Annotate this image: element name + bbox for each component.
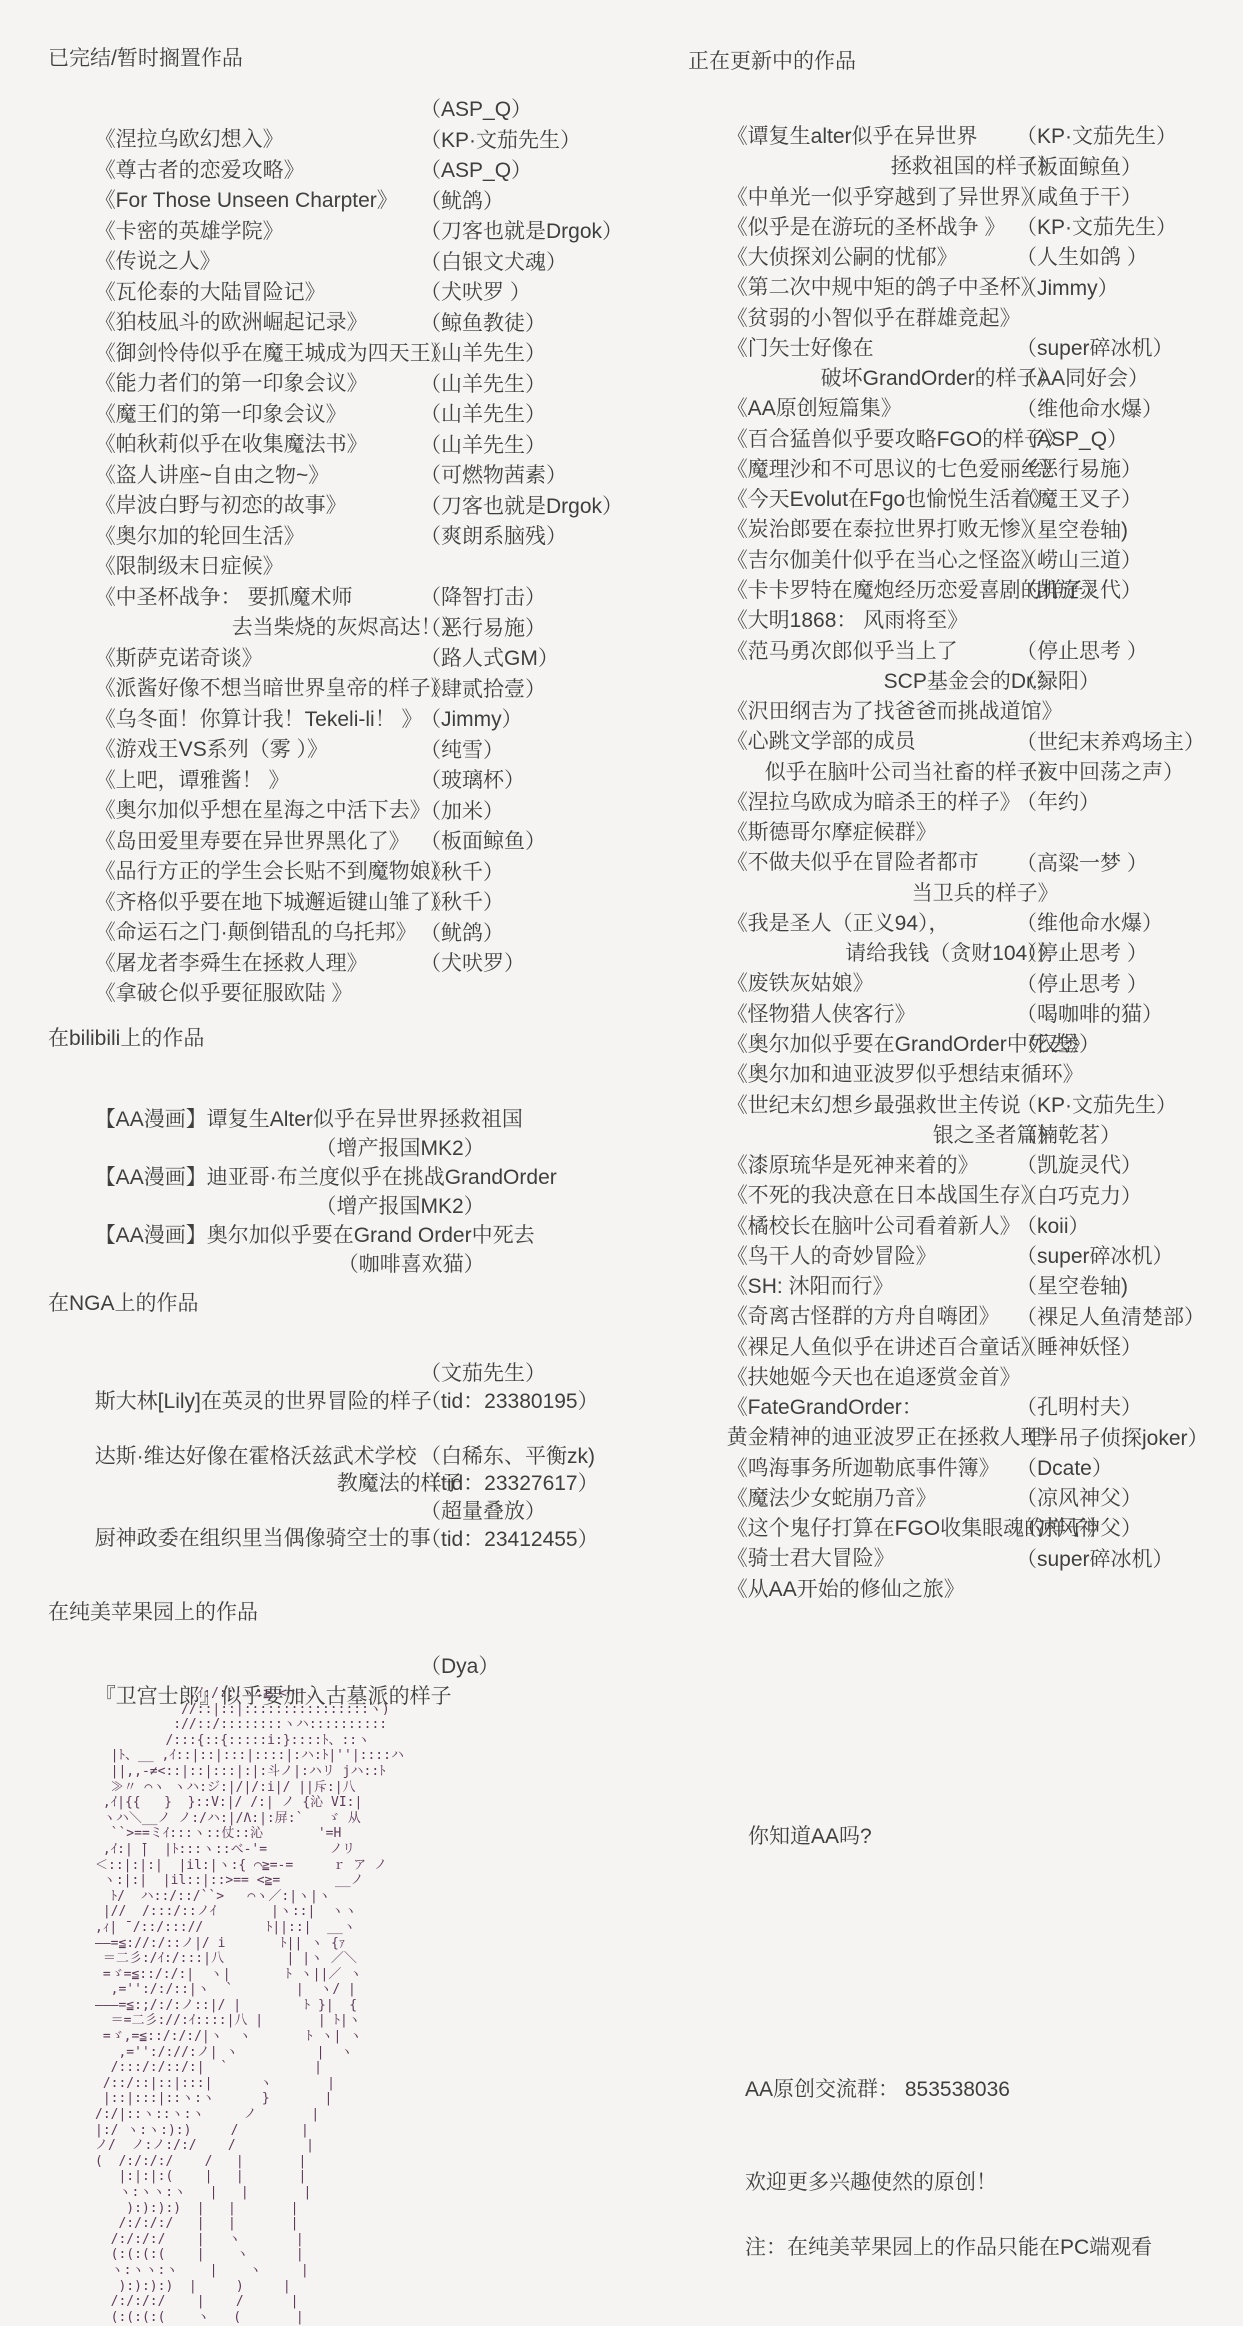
- work-row: 去当柴烧的灰烬高达！》（降智打击）: [48, 583, 658, 614]
- work-title: 《拿破仑似乎要征服欧陆 》: [95, 979, 353, 1009]
- work-row: 《上吧，谭雅酱！ 》（纯雪）: [48, 736, 658, 767]
- work-author: （ASP_Q）: [1016, 425, 1128, 455]
- work-author: （裸足人鱼清楚部）: [1016, 1303, 1205, 1333]
- work-row: 《AA原创短篇集》（AA同好会）: [680, 364, 1243, 394]
- work-row: 《狛枝凪斗的欧洲崛起记录》（犬吠罗 ）: [48, 278, 658, 309]
- work-row: 似乎在脑叶公司当社畜的样子》（世纪末养鸡场主）: [680, 728, 1243, 758]
- work-row: 《命运石之门·颠倒错乱的乌托邦》（秋千）: [48, 888, 658, 919]
- work-row: 『卫宫士郎』似乎要加入古墓派的样子（Dya）: [48, 1652, 658, 1682]
- bilibili-works-list: 【AA漫画】谭复生Alter似乎在异世界拯救祖国 （增产报国MK2） 【AA漫画…: [48, 1076, 658, 1250]
- work-row: 《盗人讲座~自由之物~》（山羊先生）: [48, 431, 658, 462]
- work-author: （KP·文茄先生）: [420, 126, 581, 156]
- work-row: （咖啡喜欢猫）: [48, 1221, 658, 1250]
- work-row: 《贫弱的小智似乎在群雄竞起》（Jimmy）: [680, 274, 1243, 304]
- work-author-line: （咖啡喜欢猫）: [95, 1250, 485, 1279]
- work-row: 厨神政委在组织里当偶像骑空士的事（超量叠放）: [48, 1498, 658, 1526]
- work-row: 《橘校长在脑叶公司看着新人》（白巧克力）: [680, 1182, 1243, 1212]
- work-row: 《瓦伦泰的大陆冒险记》（白银文犬魂）: [48, 248, 658, 279]
- work-author: （板面鲸鱼）: [1016, 153, 1142, 183]
- work-author: （鱿鸽）: [420, 187, 504, 217]
- work-author: （高粱一梦 ）: [1016, 849, 1148, 879]
- work-row: 斯大林[Lily]在英灵的世界冒险的样子（文茄先生）: [48, 1360, 658, 1388]
- work-author: （刀客也就是Drgok）: [420, 492, 623, 522]
- work-row: 《中圣杯战争： 要抓魔术师: [48, 553, 658, 584]
- work-author: （板面鲸鱼）: [420, 827, 546, 857]
- work-row: 教魔法的样子（白稀东、平衡zk): [48, 1443, 658, 1471]
- note-qq-group: AA原创交流群： 853538036 欢迎更多兴趣使然的原创！: [745, 2012, 1010, 2260]
- work-author: （降智打击）: [420, 583, 546, 613]
- note-welcome: 欢迎更多兴趣使然的原创！: [745, 2167, 1010, 2198]
- work-row: （tid：23412455）: [48, 1526, 658, 1554]
- work-row: 《这个鬼仔打算在FGO收集眼魂的样子》（凉风神父）: [680, 1484, 1243, 1514]
- work-author: （汉堡）: [1016, 1030, 1100, 1060]
- work-author: （凉风神父）: [1016, 1514, 1142, 1544]
- work-author: （super碎冰机）: [1016, 1242, 1174, 1272]
- work-row: 《帕秋莉似乎在收集魔法书》（山羊先生）: [48, 400, 658, 431]
- work-row: 《范马勇次郎似乎当上了: [680, 607, 1243, 637]
- work-row: 【AA漫画】谭复生Alter似乎在异世界拯救祖国: [48, 1076, 658, 1105]
- work-row: 《百合猛兽似乎要攻略FGO的样子》（维他命水爆）: [680, 395, 1243, 425]
- work-author: （爽朗系脑残）: [420, 522, 567, 552]
- work-row: 《不做夫似乎在冒险者都市: [680, 818, 1243, 848]
- work-author: （恶行易施）: [420, 614, 546, 644]
- work-author: （加米）: [420, 797, 504, 827]
- work-author: （睡神妖怪）: [1016, 1333, 1142, 1363]
- work-author: （孔明村夫）: [1016, 1393, 1142, 1423]
- qmapple-works-list: 『卫宫士郎』似乎要加入古墓派的样子（Dya）: [48, 1652, 658, 1682]
- work-author-or-tid: （tid：23380195）: [420, 1388, 599, 1416]
- work-row: 破坏GrandOrder的样子》（super碎冰机）: [680, 334, 1243, 364]
- section-header-qmapple: 在纯美苹果园上的作品: [48, 1596, 258, 1626]
- work-author: （KP·文茄先生）: [1016, 1091, 1177, 1121]
- work-author: （super碎冰机）: [1016, 334, 1174, 364]
- work-author: （停止思考 ）: [1016, 637, 1148, 667]
- work-row: 《魔王们的第一印象会议》（山羊先生）: [48, 370, 658, 401]
- section-header-completed: 已完结/暂时搁置作品: [48, 42, 243, 72]
- work-row: （tid：23327617）: [48, 1470, 658, 1498]
- work-author: （年约）: [1016, 788, 1100, 818]
- work-row: 《屠龙者李舜生在拯救人理》（鱿鸽）: [48, 919, 658, 950]
- work-author: （停止思考 ）: [1016, 939, 1148, 969]
- work-author-or-tid: （文茄先生）: [420, 1360, 546, 1388]
- work-author: （山羊先生）: [420, 370, 546, 400]
- note-know-aa: 你知道AA吗?: [748, 1820, 872, 1850]
- work-author: （停止思考 ）: [1016, 970, 1148, 1000]
- work-row: 《岛田爱里寿要在异世界黑化了》（加米）: [48, 797, 658, 828]
- work-author: （路人式GM）: [420, 644, 559, 674]
- works-index-page: 已完结/暂时搁置作品 正在更新中的作品 《涅拉乌欧幻想入》（ASP_Q） 《尊古…: [0, 0, 1243, 2326]
- work-author: （koii）: [1016, 1212, 1090, 1242]
- work-author: （纯雪）: [420, 736, 504, 766]
- work-row: 《裸足人鱼似乎在讲述百合童话》（裸足人鱼清楚部）: [680, 1303, 1243, 1333]
- work-row: 银之圣者篇》（KP·文茄先生）: [680, 1091, 1243, 1121]
- work-row: 《怪物猎人侠客行》（停止思考 ）: [680, 970, 1243, 1000]
- work-row: 《奥尔加和迪亚波罗似乎想结束循环》（汉堡）: [680, 1030, 1243, 1060]
- work-row: 请给我钱（贪财104）》（维他命水爆）: [680, 909, 1243, 939]
- work-row: 《炭治郎要在泰拉世界打败无惨》（魔王叉子）: [680, 485, 1243, 515]
- work-row: （增产报国MK2）: [48, 1163, 658, 1192]
- work-row: 《第二次中规中矩的鸽子中圣杯》（人生如鸽 ）: [680, 243, 1243, 273]
- work-author: （白巧克力）: [1016, 1182, 1142, 1212]
- work-author: （楠乾茗）: [1016, 1121, 1121, 1151]
- work-row: SCP基金会的Dr.》（停止思考 ）: [680, 637, 1243, 667]
- work-author: （刀客也就是Drgok）: [420, 217, 623, 247]
- work-author: （秋千）: [420, 858, 504, 888]
- work-row: 《心跳文学部的成员: [680, 697, 1243, 727]
- work-row: （增产报国MK2）: [48, 1105, 658, 1134]
- work-row: 《扶她姬今天也在追逐赏金首》（睡神妖怪）: [680, 1333, 1243, 1363]
- work-author-or-tid: （tid：23327617）: [420, 1470, 599, 1498]
- work-row: 《品行方正的学生会长贴不到魔物娘》（板面鲸鱼）: [48, 827, 658, 858]
- work-row: 当卫兵的样子》（高粱一梦 ）: [680, 849, 1243, 879]
- work-author: （维他命水爆）: [1016, 395, 1163, 425]
- work-row: 《涅拉乌欧成为暗杀王的样子》（夜中回荡之声）: [680, 758, 1243, 788]
- work-author: （ASP_Q）: [420, 95, 532, 125]
- work-row: 《废铁灰姑娘》（停止思考 ）: [680, 939, 1243, 969]
- work-author: （维他命水爆）: [1016, 909, 1163, 939]
- work-row: 《齐格似乎要在地下城邂逅键山雏了》（秋千）: [48, 858, 658, 889]
- work-row: （tid：23380195）: [48, 1388, 658, 1416]
- work-row: 《御剑怜侍似乎在魔王城成为四天王》（鲸鱼教徒）: [48, 309, 658, 340]
- ascii-art-character: ,ｲ:/:::ヽ:≧:<⌒ー、 //::|::|::::::::::::::::…: [95, 1686, 404, 2325]
- work-row: 《大侦探刘公嗣的忧郁》（KP·文茄先生）: [680, 213, 1243, 243]
- work-row: 《魔法少女蛇崩乃音》（Dcate）: [680, 1454, 1243, 1484]
- work-row: 《奥尔加似乎要在GrandOrder中死去》（喝咖啡的猫）: [680, 1000, 1243, 1030]
- work-row: 《岸波白野与初恋的故事》（可燃物茜素）: [48, 461, 658, 492]
- work-author: （Jimmy）: [1016, 274, 1119, 304]
- work-row: 《尊古者的恋爱攻略》（KP·文茄先生）: [48, 126, 658, 157]
- work-author-or-tid: （tid：23412455）: [420, 1526, 599, 1554]
- work-row: 【AA漫画】奥尔加似乎要在Grand Order中死去: [48, 1192, 658, 1221]
- work-author: （鲸鱼教徒）: [420, 309, 546, 339]
- note-group-number: AA原创交流群： 853538036: [745, 2074, 1010, 2105]
- work-author: （山羊先生）: [420, 400, 546, 430]
- work-author: （犬吠罗）: [420, 949, 525, 979]
- work-author: （鱿鸽）: [420, 919, 504, 949]
- work-row: 《魔理沙和不可思议的七色爱丽丝》（ASP_Q）: [680, 425, 1243, 455]
- work-row: 《鸟干人的奇妙冒险》（koii）: [680, 1212, 1243, 1242]
- work-author: （星空卷轴): [1016, 516, 1128, 546]
- work-row: 《奥尔加的轮回生活》（刀客也就是Drgok）: [48, 492, 658, 523]
- work-row: 《能力者们的第一印象会议》（山羊先生）: [48, 339, 658, 370]
- work-author-or-tid: （超量叠放）: [420, 1498, 546, 1526]
- work-row: 《派酱好像不想当暗世界皇帝的样子》（路人式GM）: [48, 644, 658, 675]
- section-header-updating: 正在更新中的作品: [688, 45, 856, 75]
- work-row: 《从AA开始的修仙之旅》（super碎冰机）: [680, 1545, 1243, 1575]
- work-row: 《今天Evolut在Fgo也愉悦生活着》（恶行易施）: [680, 455, 1243, 485]
- work-author: （星空卷轴): [1016, 1272, 1128, 1302]
- work-row: 《中单光一似乎穿越到了异世界》（板面鲸鱼）: [680, 153, 1243, 183]
- section-header-nga: 在NGA上的作品: [48, 1287, 199, 1317]
- work-author: （人生如鸽 ）: [1016, 243, 1148, 273]
- work-title: 《从AA开始的修仙之旅》: [727, 1575, 965, 1605]
- work-row: 《涅拉乌欧幻想入》（ASP_Q）: [48, 95, 658, 126]
- work-author: （恶行易施）: [1016, 455, 1142, 485]
- work-row: 《吉尔伽美什似乎在当心之怪盗》（星空卷轴): [680, 516, 1243, 546]
- work-author-or-tid: （白稀东、平衡zk): [420, 1443, 595, 1471]
- work-row: 《FateGrandOrder：: [680, 1363, 1243, 1393]
- completed-works-list: 《涅拉乌欧幻想入》（ASP_Q） 《尊古者的恋爱攻略》（KP·文茄先生） 《Fo…: [48, 95, 658, 980]
- work-author: （喝咖啡的猫）: [1016, 1000, 1163, 1030]
- work-author: （咸鱼于干）: [1016, 183, 1142, 213]
- work-row: 《卡密的英雄学院》（鱿鸽）: [48, 187, 658, 218]
- work-row: 黄金精神的迪亚波罗正在拯救人理》（孔明村夫）: [680, 1393, 1243, 1423]
- updating-works-list: 《谭复生alter似乎在异世界 拯救祖国的样子》（KP·文茄先生） 《中单光一似…: [680, 92, 1243, 1575]
- work-author: （世纪末养鸡场主）: [1016, 728, 1205, 758]
- work-row: 《不死的我决意在日本战国生存》（凯旋灵代）: [680, 1151, 1243, 1181]
- section-header-bilibili: 在bilibili上的作品: [48, 1022, 204, 1052]
- work-row: 《门矢士好像在: [680, 304, 1243, 334]
- work-author: （犬吠罗 ）: [420, 278, 531, 308]
- work-row: 《For Those Unseen Charpter》（ASP_Q）: [48, 156, 658, 187]
- work-row: 达斯·维达好像在霍格沃兹武术学校: [48, 1415, 658, 1443]
- work-author: （Jimmy）: [420, 705, 523, 735]
- work-row: 《奥尔加似乎想在星海之中活下去》（玻璃杯）: [48, 766, 658, 797]
- work-author: （山羊先生）: [420, 431, 546, 461]
- work-author: （可燃物茜素）: [420, 461, 567, 491]
- work-author: （凉风神父）: [1016, 1484, 1142, 1514]
- work-row: 《传说之人》（刀客也就是Drgok）: [48, 217, 658, 248]
- work-row: 《鸣海事务所迦勒底事件簿》（半吊子侦探joker）: [680, 1424, 1243, 1454]
- work-row: 《游戏王VS系列（雾 ）》（Jimmy）: [48, 705, 658, 736]
- footnote-pc-only: 注：在纯美苹果园上的作品只能在PC端观看: [745, 2231, 1152, 2261]
- work-author: （半吊子侦探joker）: [1016, 1424, 1209, 1454]
- work-row: 《沢田纲吉为了找爸爸而挑战道馆》（绿阳）: [680, 667, 1243, 697]
- work-row: 《奇离古怪群的方舟自嗨团》（星空卷轴): [680, 1272, 1243, 1302]
- work-row: 《大明1868： 风雨将至》（凯旋灵代）: [680, 576, 1243, 606]
- work-row: 《漆原琉华是死神来着的》（楠乾茗）: [680, 1121, 1243, 1151]
- work-row: 《卡卡罗特在魔炮经历恋爱喜剧的样子》（崂山三道）: [680, 546, 1243, 576]
- work-author: （秋千）: [420, 888, 504, 918]
- work-row: 《似乎是在游玩的圣杯战争 》（咸鱼于干）: [680, 183, 1243, 213]
- work-row: 拯救祖国的样子》（KP·文茄先生）: [680, 122, 1243, 152]
- work-author: （夜中回荡之声）: [1016, 758, 1184, 788]
- work-row: 《斯萨克诺奇谈》（恶行易施）: [48, 614, 658, 645]
- work-author: （绿阳）: [1016, 667, 1100, 697]
- work-row: 《世纪末幻想乡最强救世主传说: [680, 1061, 1243, 1091]
- work-author: （肆贰拾壹）: [420, 675, 546, 705]
- work-row: 《乌冬面！你算计我！Tekeli-li！ 》（肆贰拾壹）: [48, 675, 658, 706]
- work-author: （ASP_Q）: [420, 156, 532, 186]
- work-author: （super碎冰机）: [1016, 1545, 1174, 1575]
- nga-works-list: 斯大林[Lily]在英灵的世界冒险的样子（文茄先生） （tid：23380195…: [48, 1360, 658, 1553]
- work-author: （白银文犬魂）: [420, 248, 567, 278]
- work-author: （山羊先生）: [420, 339, 546, 369]
- work-row: 《SH: 沐阳而行》（super碎冰机）: [680, 1242, 1243, 1272]
- work-row: 《限制级末日症候》（爽朗系脑残）: [48, 522, 658, 553]
- work-author: （Dya）: [420, 1652, 499, 1682]
- work-author: （魔王叉子）: [1016, 485, 1142, 515]
- work-author: （凯旋灵代）: [1016, 1151, 1142, 1181]
- work-row: 《斯德哥尔摩症候群》（年约）: [680, 788, 1243, 818]
- work-author: （玻璃杯）: [420, 766, 525, 796]
- work-author: （KP·文茄先生）: [1016, 122, 1177, 152]
- work-author: （崂山三道）: [1016, 546, 1142, 576]
- work-row: 《骑士君大冒险》（凉风神父）: [680, 1514, 1243, 1544]
- work-author: （AA同好会）: [1016, 364, 1149, 394]
- work-author: （凯旋灵代）: [1016, 576, 1142, 606]
- work-author: （KP·文茄先生）: [1016, 213, 1177, 243]
- work-author: （Dcate）: [1016, 1454, 1113, 1484]
- work-row: 《拿破仑似乎要征服欧陆 》（犬吠罗）: [48, 949, 658, 980]
- work-row: 【AA漫画】迪亚哥·布兰度似乎在挑战GrandOrder: [48, 1134, 658, 1163]
- work-row: 《我是圣人（正义94），: [680, 879, 1243, 909]
- work-row: 《谭复生alter似乎在异世界: [680, 92, 1243, 122]
